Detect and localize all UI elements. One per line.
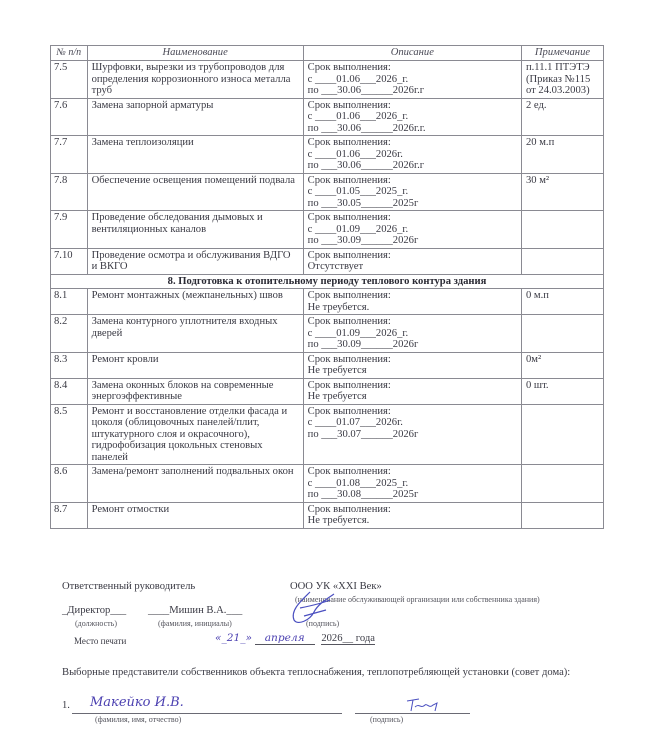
row-description: Срок выполнения:с ____01.09___2026_г.по …	[303, 315, 521, 353]
description-line: с ____01.06___2026_г.	[308, 74, 517, 86]
row-description: Срок выполнения:с ____01.06___2026_г.по …	[303, 61, 521, 99]
row-note: 0 шт.	[521, 378, 603, 404]
table-row: 8.4Замена оконных блоков на современные …	[51, 378, 604, 404]
row-note	[521, 315, 603, 353]
row-description: Срок выполнения:с ____01.09___2026_г.по …	[303, 211, 521, 249]
description-line: Не требуется	[308, 391, 517, 403]
row-name: Замена теплоизоляции	[87, 136, 303, 174]
row-note	[521, 404, 603, 465]
row-name: Замена/ремонт заполнений подвальных окон	[87, 465, 303, 503]
works-table: № п/п Наименование Описание Примечание 7…	[50, 45, 604, 529]
position-value: _Директор___	[62, 605, 126, 616]
rep-name-line	[72, 713, 342, 714]
table-row: 8.7Ремонт отмосткиСрок выполнения:Не тре…	[51, 502, 604, 528]
rep-signature-caption: (подпись)	[370, 715, 403, 724]
description-line: Срок выполнения:	[308, 380, 517, 392]
date-line: «_21_» апреля 2026__ года	[215, 632, 375, 644]
row-description: Срок выполнения:с ____01.07___2026г.по _…	[303, 404, 521, 465]
row-number: 7.9	[51, 211, 88, 249]
header-note: Примечание	[521, 46, 603, 61]
stamp-label: Место печати	[74, 636, 126, 646]
table-row: 7.6Замена запорной арматурыСрок выполнен…	[51, 98, 604, 136]
row-number: 7.6	[51, 98, 88, 136]
row-description: Срок выполнения:Не треубется.	[303, 289, 521, 315]
description-line: Срок выполнения:	[308, 316, 517, 328]
row-note	[521, 248, 603, 274]
row-description: Срок выполнения:Отсутствует	[303, 248, 521, 274]
description-line: с ____01.08___2025_г.	[308, 478, 517, 490]
responsible-label: Ответственный руководитель	[62, 581, 195, 592]
description-line: по ___30.05______2025г	[308, 198, 517, 210]
row-description: Срок выполнения:Не требуется	[303, 352, 521, 378]
row-description: Срок выполнения:с ____01.06___2026_г.по …	[303, 98, 521, 136]
row-number: 8.5	[51, 404, 88, 465]
position-caption: (должность)	[75, 619, 117, 628]
description-line: по ___30.06______2026г.г	[308, 160, 517, 172]
row-note: 0м²	[521, 352, 603, 378]
row-note: п.11.1 ПТЭТЭ (Приказ №115 от 24.03.2003)	[521, 61, 603, 99]
row-name: Замена оконных блоков на современные эне…	[87, 378, 303, 404]
row-description: Срок выполнения:с ____01.06___2026г.по _…	[303, 136, 521, 174]
table-row: 8.3Ремонт кровлиСрок выполнения:Не требу…	[51, 352, 604, 378]
table-body: 7.5Шурфовки, вырезки из трубопроводов дл…	[51, 61, 604, 529]
row-number: 7.7	[51, 136, 88, 174]
description-line: Не требуется	[308, 365, 517, 377]
header-num: № п/п	[51, 46, 88, 61]
row-name: Шурфовки, вырезки из трубопроводов для о…	[87, 61, 303, 99]
rep-number: 1.	[62, 700, 70, 711]
rep-name-handwritten: Макейко И.В.	[90, 695, 184, 710]
row-note	[521, 211, 603, 249]
table-row: 7.8Обеспечение освещения помещений подва…	[51, 173, 604, 211]
row-note: 2 ед.	[521, 98, 603, 136]
row-note	[521, 465, 603, 503]
description-line: Срок выполнения:	[308, 250, 517, 262]
row-name: Ремонт отмостки	[87, 502, 303, 528]
description-line: по ___30.08______2025г	[308, 489, 517, 501]
description-line: Не треубется.	[308, 302, 517, 314]
row-number: 7.8	[51, 173, 88, 211]
description-line: Срок выполнения:	[308, 406, 517, 418]
description-line: Не требуется.	[308, 515, 517, 527]
row-note: 20 м.п	[521, 136, 603, 174]
table-row: 7.7Замена теплоизоляцииСрок выполнения:с…	[51, 136, 604, 174]
person-value: ____Мишин В.А.___	[148, 605, 242, 616]
date-day: «_21_»	[215, 632, 252, 644]
row-name: Проведение осмотра и обслуживания ВДГО и…	[87, 248, 303, 274]
table-row: 8.1Ремонт монтажных (межпанельных) швовС…	[51, 289, 604, 315]
description-line: по ___30.09______2026г	[308, 235, 517, 247]
description-line: Срок выполнения:	[308, 175, 517, 187]
header-name: Наименование	[87, 46, 303, 61]
description-line: по ___30.06______2026г.г.	[308, 123, 517, 135]
row-number: 7.5	[51, 61, 88, 99]
rep-name-caption: (фамилия, имя, отчество)	[95, 715, 181, 724]
description-line: Срок выполнения:	[308, 62, 517, 74]
table-row: 7.5Шурфовки, вырезки из трубопроводов дл…	[51, 61, 604, 99]
row-number: 7.10	[51, 248, 88, 274]
row-note: 30 м²	[521, 173, 603, 211]
description-line: по ___30.09______2026г	[308, 339, 517, 351]
description-line: по ___30.06______2026г.г	[308, 85, 517, 97]
description-line: с ____01.07___2026г.	[308, 417, 517, 429]
row-number: 8.2	[51, 315, 88, 353]
row-note: 0 м.п	[521, 289, 603, 315]
description-line: Срок выполнения:	[308, 100, 517, 112]
description-line: с ____01.05___2025_г.	[308, 186, 517, 198]
document-page: № п/п Наименование Описание Примечание 7…	[0, 0, 650, 755]
rep-signature-icon	[405, 697, 439, 713]
description-line: Срок выполнения:	[308, 354, 517, 366]
description-line: по ___30.07______2026г	[308, 429, 517, 441]
description-line: Срок выполнения:	[308, 290, 517, 302]
section-title: 8. Подготовка к отопительному периоду те…	[51, 274, 604, 289]
person-caption: (фамилия, инициалы)	[158, 619, 232, 628]
row-name: Проведение обследования дымовых и вентил…	[87, 211, 303, 249]
row-name: Ремонт кровли	[87, 352, 303, 378]
row-name: Замена контурного уплотнителя входных дв…	[87, 315, 303, 353]
date-year: 2026__ года	[321, 633, 375, 645]
description-line: Отсутствует	[308, 261, 517, 273]
description-line: с ____01.06___2026г.	[308, 149, 517, 161]
table-row: 7.10Проведение осмотра и обслуживания ВД…	[51, 248, 604, 274]
row-number: 8.1	[51, 289, 88, 315]
director-signature-caption: (подпись)	[306, 619, 339, 628]
representatives-text: Выборные представители собственников объ…	[62, 666, 604, 679]
row-number: 8.7	[51, 502, 88, 528]
section-header-row: 8. Подготовка к отопительному периоду те…	[51, 274, 604, 289]
description-line: с ____01.09___2026_г.	[308, 224, 517, 236]
table-row: 8.5Ремонт и восстановление отделки фасад…	[51, 404, 604, 465]
row-name: Обеспечение освещения помещений подвала	[87, 173, 303, 211]
description-line: Срок выполнения:	[308, 466, 517, 478]
date-month: апреля	[255, 632, 315, 645]
row-name: Ремонт и восстановление отделки фасада и…	[87, 404, 303, 465]
description-line: Срок выполнения:	[308, 212, 517, 224]
row-description: Срок выполнения:с ____01.08___2025_г.по …	[303, 465, 521, 503]
table-row: 8.2Замена контурного уплотнителя входных…	[51, 315, 604, 353]
description-line: Срок выполнения:	[308, 137, 517, 149]
description-line: Срок выполнения:	[308, 504, 517, 516]
description-line: с ____01.09___2026_г.	[308, 328, 517, 340]
row-note	[521, 502, 603, 528]
table-row: 8.6Замена/ремонт заполнений подвальных о…	[51, 465, 604, 503]
row-number: 8.4	[51, 378, 88, 404]
row-name: Ремонт монтажных (межпанельных) швов	[87, 289, 303, 315]
row-description: Срок выполнения:Не требуется.	[303, 502, 521, 528]
description-line: с ____01.06___2026_г.	[308, 111, 517, 123]
row-number: 8.3	[51, 352, 88, 378]
header-description: Описание	[303, 46, 521, 61]
row-number: 8.6	[51, 465, 88, 503]
row-name: Замена запорной арматуры	[87, 98, 303, 136]
row-description: Срок выполнения:Не требуется	[303, 378, 521, 404]
table-row: 7.9Проведение обследования дымовых и вен…	[51, 211, 604, 249]
table-header-row: № п/п Наименование Описание Примечание	[51, 46, 604, 61]
row-description: Срок выполнения:с ____01.05___2025_г.по …	[303, 173, 521, 211]
rep-signature-line	[355, 713, 470, 714]
